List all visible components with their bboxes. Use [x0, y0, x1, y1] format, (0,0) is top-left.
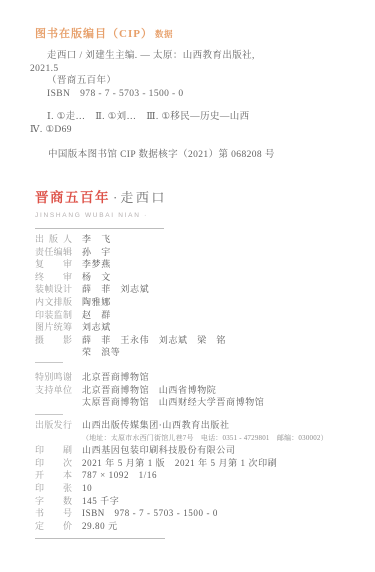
credit-label: 印装监制: [35, 309, 72, 322]
title-pinyin: JINSHANG WUBAI NIAN ·: [35, 212, 167, 219]
credit-row: 图片统筹刘志斌: [35, 321, 226, 334]
credit-value: 荣 浪等: [82, 346, 120, 359]
publishing-label: 印刷: [35, 444, 72, 457]
series-title: 晋商五百年: [35, 190, 110, 205]
book-title-line: 晋商五百年·走西口: [35, 186, 167, 207]
credit-value: 李梦燕: [82, 258, 111, 271]
credit-value: 孙 宇: [82, 246, 111, 259]
cip-class-line1: Ⅰ. ①走… Ⅱ. ①刘… Ⅲ. ①移民—历史—山西: [30, 111, 250, 124]
publishing-value: 787 × 1092 1/16: [82, 469, 157, 482]
divider-short-1: [35, 362, 63, 363]
divider-under-title: [35, 228, 164, 229]
cip-year-line: 2021.5: [30, 63, 255, 76]
thanks-label: 支持单位: [35, 384, 72, 397]
divider-bottom: [35, 538, 165, 539]
publishing-label: 印张: [35, 482, 72, 495]
cip-title-line: 走西口 / 刘建生主编. — 太原：山西教育出版社,: [30, 50, 255, 63]
publishing-row: 书号ISBN 978 - 7 - 5703 - 1500 - 0: [35, 507, 328, 520]
credit-label: 图片统筹: [35, 321, 72, 334]
credit-row: 装帧设计薛 菲 刘志斌: [35, 283, 226, 296]
publishing-value: 145 千字: [82, 495, 119, 508]
credit-row: 内文排版陶雅娜: [35, 296, 226, 309]
credit-row: 印装监制赵 群: [35, 309, 226, 322]
credit-label: 摄影: [35, 334, 72, 347]
publisher-address-note: （地址：太原市水西门街馆儿巷7号 电话：0351 - 4729801 邮编：03…: [82, 432, 328, 445]
cip-catalog-block: 走西口 / 刘建生主编. — 太原：山西教育出版社, 2021.5 （晋商五百年…: [30, 50, 255, 100]
credit-value: 刘志斌: [82, 321, 111, 334]
credit-value: 杨 文: [82, 271, 111, 284]
credit-row-continuation: 荣 浪等: [35, 346, 226, 359]
credit-row: 出版人李 飞: [35, 233, 226, 246]
thanks-row: 支持单位北京晋商博物馆 山西省博物院: [35, 384, 264, 397]
cip-isbn-line: ISBN 978 - 7 - 5703 - 1500 - 0: [30, 88, 255, 101]
cip-classification-block: Ⅰ. ①走… Ⅱ. ①刘… Ⅲ. ①移民—历史—山西 Ⅳ. ①D69: [30, 111, 250, 137]
credit-row: 摄影薛 菲 王永伟 刘志斌 梁 铭: [35, 334, 226, 347]
thanks-list: 特别鸣谢北京晋商博物馆 支持单位北京晋商博物馆 山西省博物院 太原晋商博物馆 山…: [35, 371, 264, 409]
thanks-value: 北京晋商博物馆: [82, 371, 149, 384]
publishing-value: 10: [82, 482, 92, 495]
credit-row: 终审杨 文: [35, 271, 226, 284]
cip-record-line: 中国版本图书馆 CIP 数据核字（2021）第 068208 号: [48, 146, 275, 160]
cip-header-suffix: 数据: [155, 29, 173, 39]
book-title: 走西口: [120, 190, 167, 205]
credit-label: 终审: [35, 271, 72, 284]
credits-list: 出版人李 飞 责任编辑孙 宇 复审李梦燕 终审杨 文 装帧设计薛 菲 刘志斌 内…: [35, 233, 226, 359]
credit-label: 内文排版: [35, 296, 72, 309]
cip-header: 图书在版编目（CIP）数据: [35, 25, 173, 41]
credit-label: 装帧设计: [35, 283, 72, 296]
credit-value: 薛 菲 王永伟 刘志斌 梁 铭: [82, 334, 226, 347]
credit-value: 薛 菲 刘志斌: [82, 283, 149, 296]
thanks-row-continuation: 太原晋商博物馆 山西财经大学晋商博物馆: [35, 396, 264, 409]
publishing-row: 定价29.80 元: [35, 520, 328, 533]
publishing-value: ISBN 978 - 7 - 5703 - 1500 - 0: [82, 507, 218, 520]
credit-value: 陶雅娜: [82, 296, 111, 309]
thanks-row: 特别鸣谢北京晋商博物馆: [35, 371, 264, 384]
credit-label: 责任编辑: [35, 246, 72, 259]
publishing-row: 字数145 千字: [35, 495, 328, 508]
credit-row: 复审李梦燕: [35, 258, 226, 271]
publishing-value: 29.80 元: [82, 520, 118, 533]
thanks-value: 北京晋商博物馆 山西省博物院: [82, 384, 216, 397]
publishing-row: 出版发行山西出版传媒集团·山西教育出版社: [35, 419, 328, 432]
publishing-label: 出版发行: [35, 419, 72, 432]
publishing-value: 山西基因包装印刷科技股份有限公司: [82, 444, 236, 457]
publishing-label: 开本: [35, 469, 72, 482]
publishing-label: 定价: [35, 520, 72, 533]
cip-class-line2: Ⅳ. ①D69: [30, 124, 250, 137]
credit-label: 复审: [35, 258, 72, 271]
credit-row: 责任编辑孙 宇: [35, 246, 226, 259]
copyright-page: { "colors": { "accent_orange": "#e7a06b"…: [0, 0, 375, 572]
publishing-row: 印张10: [35, 482, 328, 495]
publishing-label: 字数: [35, 495, 72, 508]
title-separator-dot: ·: [113, 190, 117, 205]
credit-label: 出版人: [35, 233, 72, 246]
credit-value: 李 飞: [82, 233, 111, 246]
publishing-list: 出版发行山西出版传媒集团·山西教育出版社 （地址：太原市水西门街馆儿巷7号 电话…: [35, 419, 328, 532]
publishing-row: 印次2021 年 5 月第 1 版 2021 年 5 月第 1 次印刷: [35, 457, 328, 470]
divider-short-2: [35, 414, 63, 415]
title-block: 晋商五百年·走西口 JINSHANG WUBAI NIAN ·: [35, 186, 167, 219]
publishing-label: 印次: [35, 457, 72, 470]
thanks-value: 太原晋商博物馆 山西财经大学晋商博物馆: [82, 396, 264, 409]
publishing-label: 书号: [35, 507, 72, 520]
publishing-row: 印刷山西基因包装印刷科技股份有限公司: [35, 444, 328, 457]
publishing-value: 山西出版传媒集团·山西教育出版社: [82, 419, 230, 432]
publishing-row-address: （地址：太原市水西门街馆儿巷7号 电话：0351 - 4729801 邮编：03…: [35, 432, 328, 445]
credit-value: 赵 群: [82, 309, 111, 322]
publishing-value: 2021 年 5 月第 1 版 2021 年 5 月第 1 次印刷: [82, 457, 277, 470]
thanks-label: 特别鸣谢: [35, 371, 72, 384]
cip-header-main: 图书在版编目（CIP）: [35, 28, 153, 40]
publishing-row: 开本787 × 1092 1/16: [35, 469, 328, 482]
cip-series-line: （晋商五百年）: [30, 75, 255, 88]
